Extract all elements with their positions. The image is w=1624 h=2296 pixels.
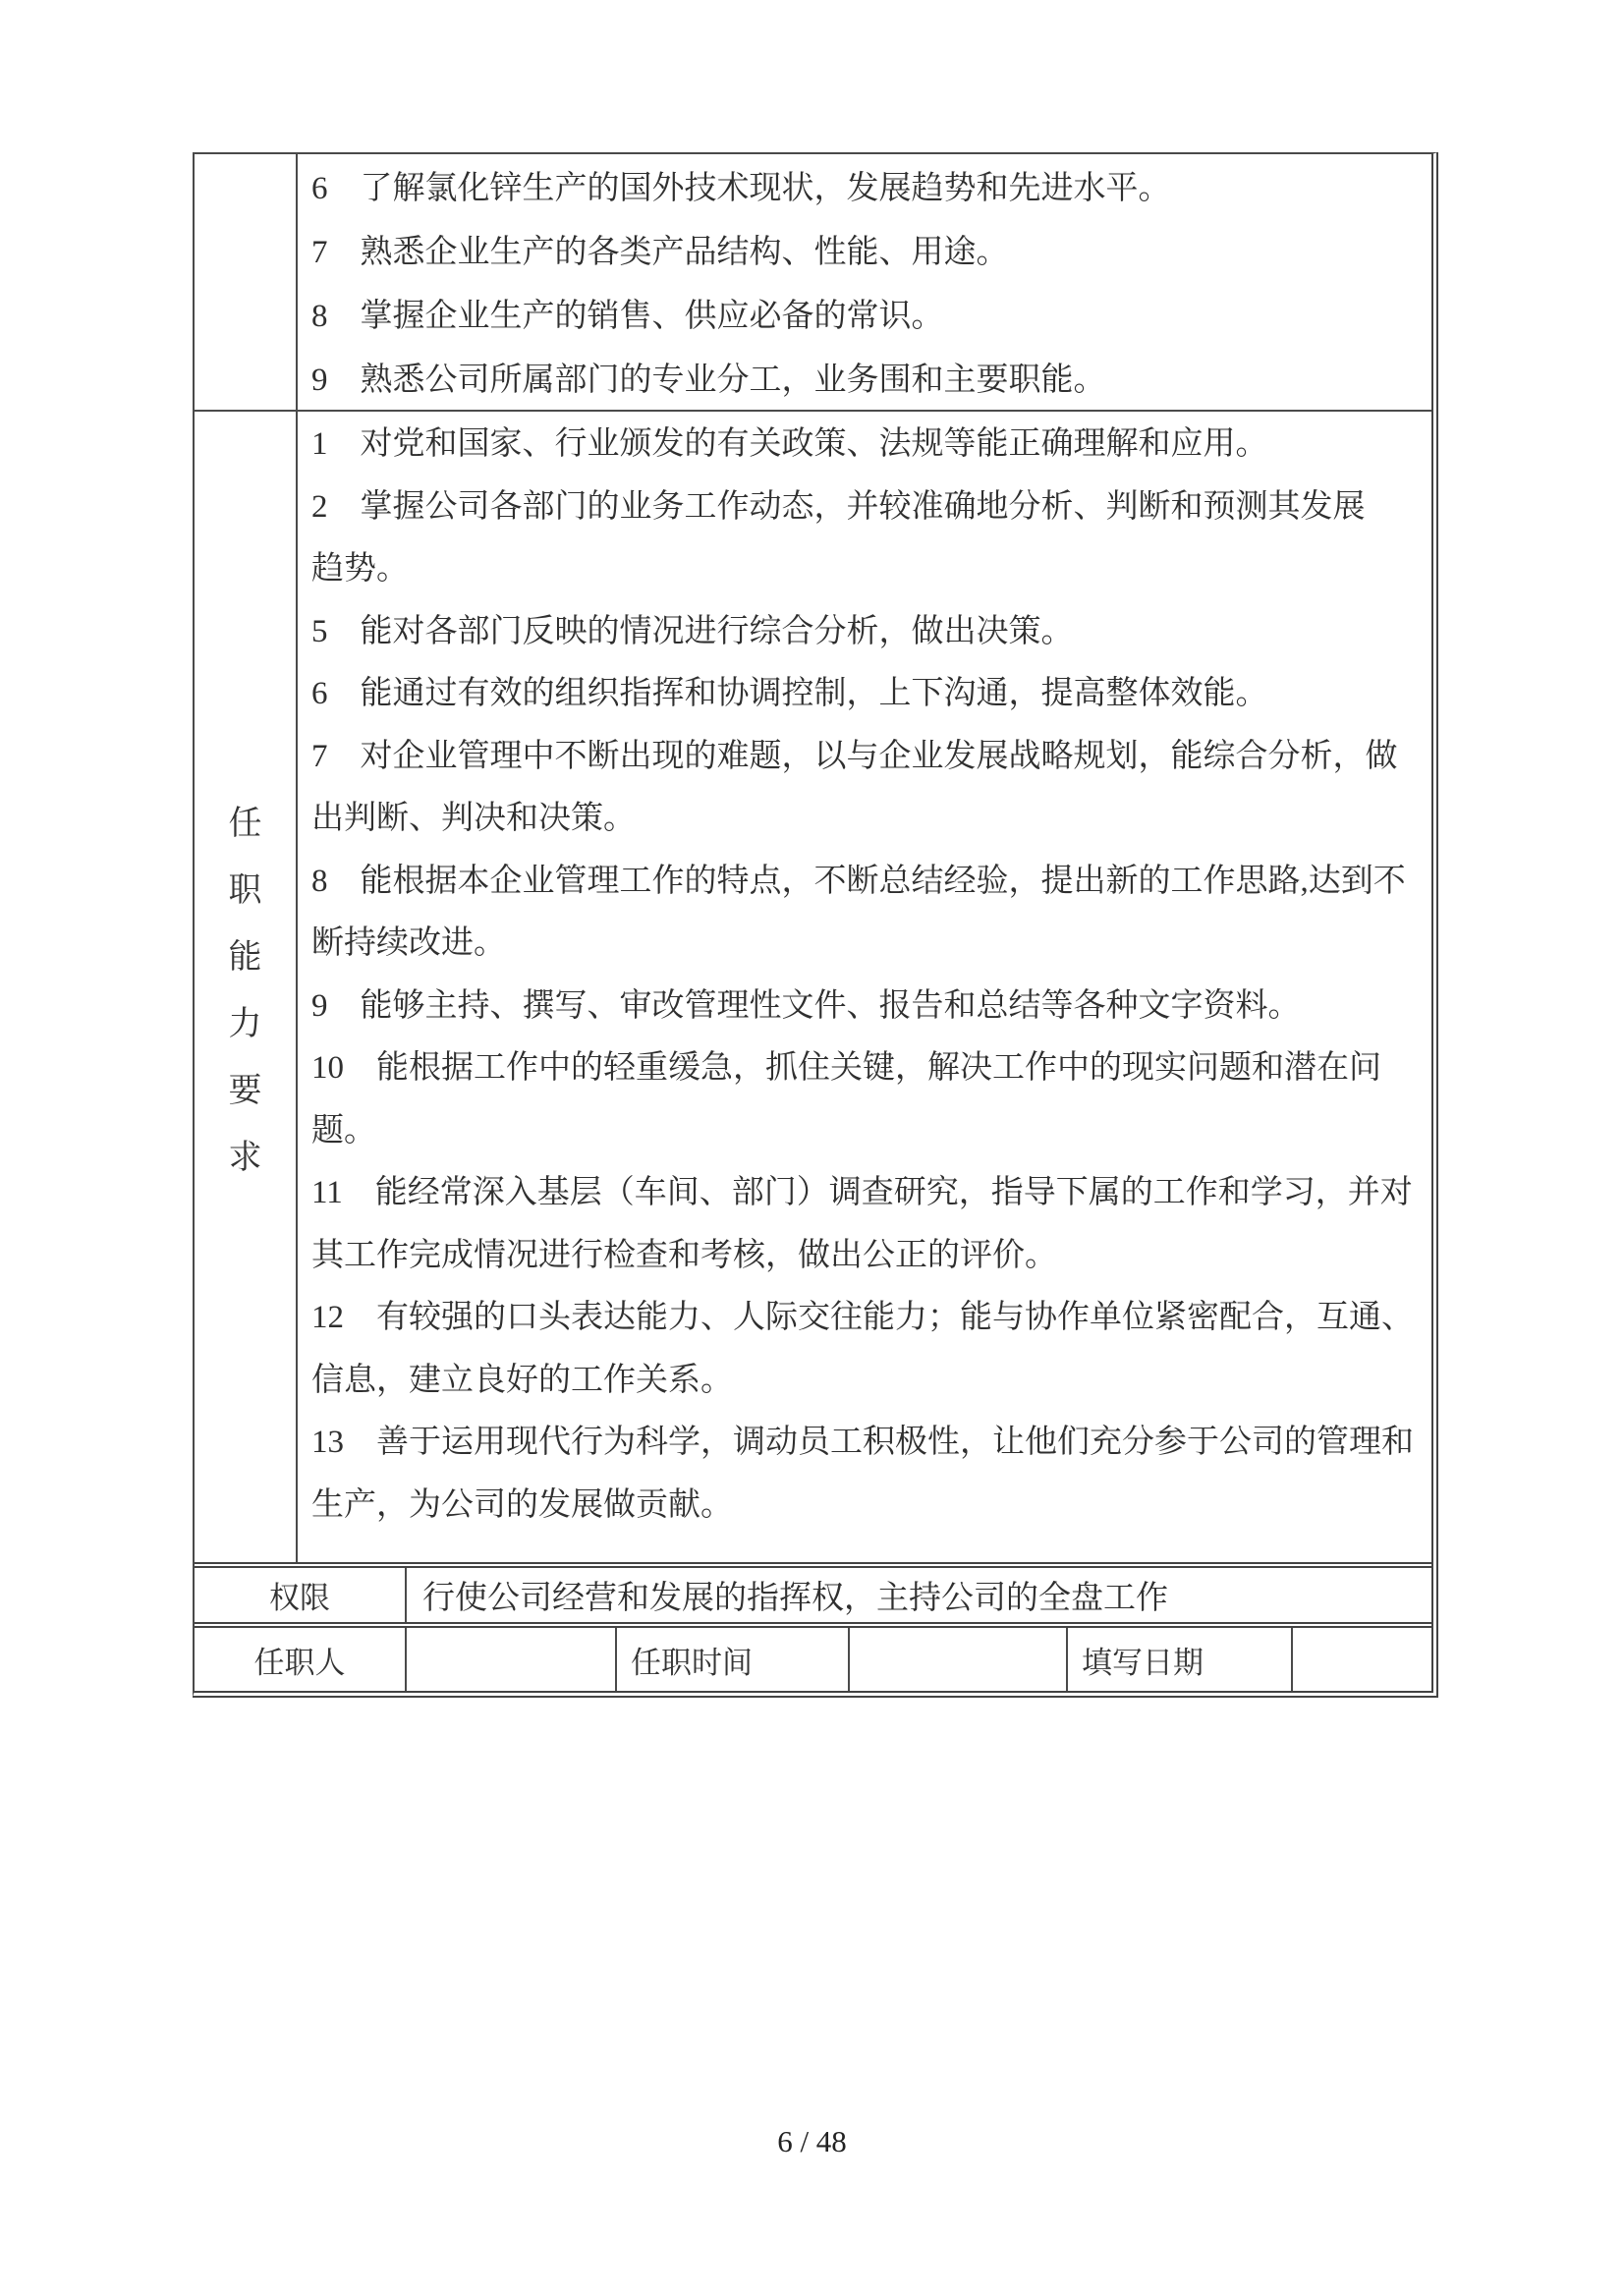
job-description-table: 6 了解氯化锌生产的国外技术现状，发展趋势和先进水平。 7 熟悉企业生产的各类产… xyxy=(193,152,1438,1698)
tenure-label-cell: 任职时间 xyxy=(617,1628,850,1691)
ability-item-line: 信息，建立良好的工作关系。 xyxy=(311,1350,1431,1413)
holder-label-cell: 任职人 xyxy=(195,1628,407,1691)
ability-item-line: 5 能对各部门反映的情况进行综合分析，做出决策。 xyxy=(311,601,1431,664)
fill-date-value-cell[interactable] xyxy=(1293,1628,1431,1691)
ability-item-line: 7 对企业管理中不断出现的难题，以与企业发展战略规划，能综合分析，做 xyxy=(311,726,1431,789)
header-char: 职 xyxy=(229,863,262,911)
holder-label: 任职人 xyxy=(254,1638,346,1682)
ability-item-line: 11 能经常深入基层（车间、部门）调查研究，指导下属的工作和学习，并对 xyxy=(311,1162,1431,1225)
fill-date-label-cell: 填写日期 xyxy=(1068,1628,1293,1691)
authority-row: 权限 行使公司经营和发展的指挥权，主持公司的全盘工作 xyxy=(195,1568,1431,1628)
header-char: 求 xyxy=(229,1130,262,1178)
ability-item-line: 12 有较强的口头表达能力、人际交往能力；能与协作单位紧密配合，互通、 xyxy=(311,1287,1431,1350)
ability-item-line: 13 善于运用现代行为科学，调动员工积极性，让他们充分参于公司的管理和 xyxy=(311,1412,1431,1475)
ability-item-line: 10 能根据工作中的轻重缓急，抓住关键，解决工作中的现实问题和潜在问 xyxy=(311,1037,1431,1100)
ability-item-line: 6 能通过有效的组织指挥和协调控制，上下沟通，提高整体效能。 xyxy=(311,663,1431,726)
authority-label-cell: 权限 xyxy=(195,1568,407,1622)
ability-requirements-row: 任 职 能 力 要 求 1 对党和国家、行业颁发的有关政策、法规等能正确理解和应… xyxy=(195,412,1431,1568)
ability-row-content: 1 对党和国家、行业颁发的有关政策、法规等能正确理解和应用。 2 掌握公司各部门… xyxy=(298,412,1431,1562)
knowledge-item: 9 熟悉公司所属部门的专业分工，业务围和主要职能。 xyxy=(311,349,1431,410)
ability-item-line: 2 掌握公司各部门的业务工作动态，并较准确地分析、判断和预测其发展 xyxy=(311,476,1431,539)
authority-label: 权限 xyxy=(269,1573,330,1617)
ability-item-line: 其工作完成情况进行检查和考核，做出公正的评价。 xyxy=(311,1225,1431,1288)
ability-item-line: 断持续改进。 xyxy=(311,913,1431,976)
authority-content-cell: 行使公司经营和发展的指挥权，主持公司的全盘工作 xyxy=(407,1568,1431,1622)
ability-item-line: 9 能够主持、撰写、审改管理性文件、报告和总结等各种文字资料。 xyxy=(311,976,1431,1038)
knowledge-item: 8 掌握企业生产的销售、供应必备的常识。 xyxy=(311,285,1431,349)
authority-content-text: 行使公司经营和发展的指挥权，主持公司的全盘工作 xyxy=(422,1572,1168,1618)
holder-value-cell[interactable] xyxy=(407,1628,617,1691)
ability-item-line: 趋势。 xyxy=(311,538,1431,601)
header-char: 任 xyxy=(229,796,262,844)
header-char: 力 xyxy=(229,996,262,1044)
knowledge-requirements-row: 6 了解氯化锌生产的国外技术现状，发展趋势和先进水平。 7 熟悉企业生产的各类产… xyxy=(195,154,1431,412)
fill-date-label: 填写日期 xyxy=(1082,1638,1204,1682)
ability-item-line: 8 能根据本企业管理工作的特点，不断总结经验，提出新的工作思路,达到不 xyxy=(311,851,1431,914)
header-char: 要 xyxy=(229,1063,262,1111)
page-number: 6 / 48 xyxy=(0,2124,1624,2159)
ability-item-line: 出判断、判决和决策。 xyxy=(311,788,1431,851)
header-char: 能 xyxy=(229,929,262,978)
tenure-value-cell[interactable] xyxy=(850,1628,1068,1691)
ability-item-line: 生产，为公司的发展做贡献。 xyxy=(311,1475,1431,1538)
knowledge-item: 6 了解氯化锌生产的国外技术现状，发展趋势和先进水平。 xyxy=(311,157,1431,221)
ability-item-line: 1 对党和国家、行业颁发的有关政策、法规等能正确理解和应用。 xyxy=(311,414,1431,476)
ability-item-line: 题。 xyxy=(311,1100,1431,1163)
ability-row-header-vertical-label: 任 职 能 力 要 求 xyxy=(229,796,262,1178)
ability-row-header-cell: 任 职 能 力 要 求 xyxy=(195,412,298,1562)
knowledge-row-content: 6 了解氯化锌生产的国外技术现状，发展趋势和先进水平。 7 熟悉企业生产的各类产… xyxy=(298,154,1431,410)
signature-row: 任职人 任职时间 填写日期 xyxy=(195,1628,1431,1691)
knowledge-item: 7 熟悉企业生产的各类产品结构、性能、用途。 xyxy=(311,221,1431,285)
tenure-label: 任职时间 xyxy=(631,1638,753,1682)
knowledge-row-header-cell-empty xyxy=(195,154,298,410)
